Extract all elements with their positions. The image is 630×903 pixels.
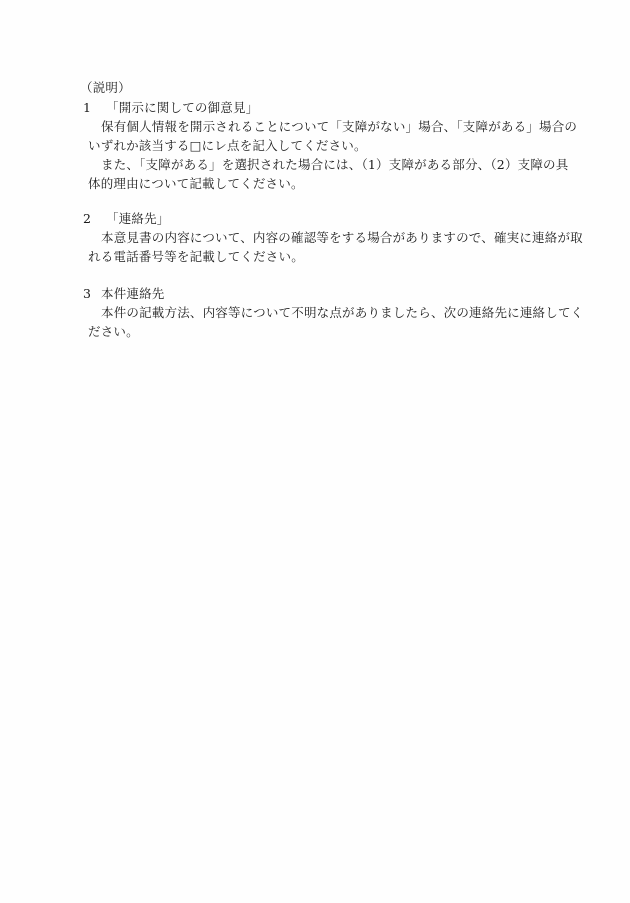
section-3-number: 3 (83, 284, 91, 303)
explanation-heading: （説明） (80, 78, 131, 97)
section-3-line-1: 本件の記載方法、内容等について不明な点がありましたら、次の連絡先に連絡してく (101, 303, 583, 322)
section-2-line-2: れる電話番号等を記載してください。 (88, 247, 304, 266)
section-3-title: 本件連絡先 (101, 284, 165, 303)
section-2-number: 2 (83, 209, 91, 228)
section-1-line-3: また、「支障がある」を選択された場合には、（1）支障がある部分、（2）支障の具 (101, 155, 568, 174)
section-1-number: 1 (83, 98, 91, 117)
section-1-line-2: いずれか該当する□にレ点を記入してください。 (88, 136, 367, 155)
section-1-title: 「開示に関しての御意見」 (106, 98, 258, 117)
section-1-line-4: 体的理由について記載してください。 (88, 174, 304, 193)
section-3-line-2: ださい。 (88, 322, 139, 341)
section-2-title: 「連絡先」 (106, 209, 170, 228)
section-1-line-1: 保有個人情報を開示されることについて「支障がない」場合、「支障がある」場合の (101, 117, 577, 136)
section-2-line-1: 本意見書の内容について、内容の確認等をする場合がありますので、確実に連絡が取 (101, 228, 583, 247)
document-page: （説明） 1 「開示に関しての御意見」 保有個人情報を開示されることについて「支… (0, 0, 630, 903)
